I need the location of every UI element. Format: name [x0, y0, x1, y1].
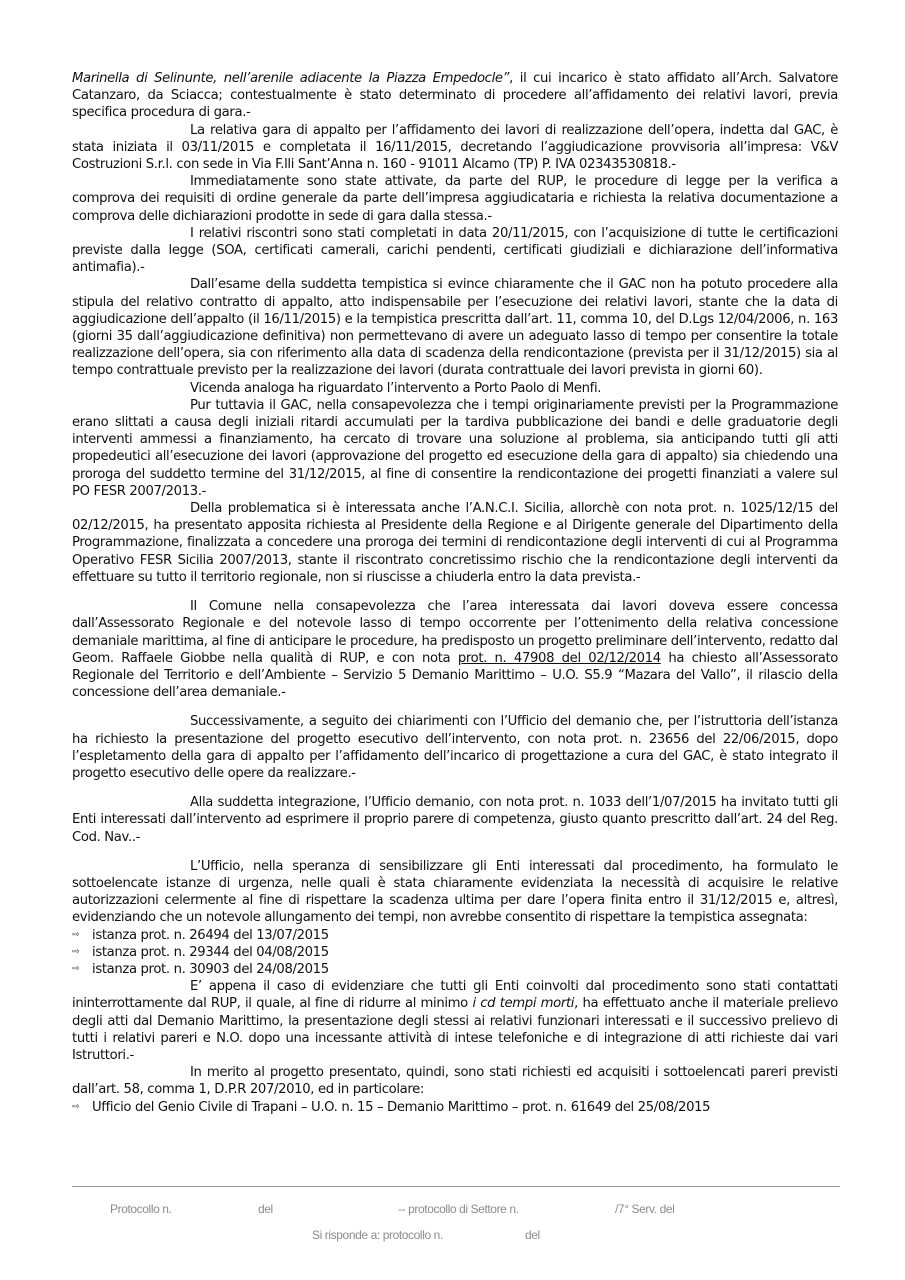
- list-item: ⇨istanza prot. n. 30903 del 24/08/2015: [72, 961, 838, 978]
- arrow-bullet-icon: ⇨: [72, 944, 79, 961]
- list-item-text: Ufficio del Genio Civile di Trapani – U.…: [92, 1100, 710, 1115]
- list-item: ⇨istanza prot. n. 29344 del 04/08/2015: [72, 944, 838, 961]
- paragraph-p2: La relativa gara di appalto per l’affida…: [72, 122, 838, 174]
- footer-protocollo-label: Protocollo n.: [110, 1202, 172, 1216]
- paragraph-p3: Immediatamente sono state attivate, da p…: [72, 173, 838, 225]
- list-item-text: istanza prot. n. 30903 del 24/08/2015: [92, 962, 329, 977]
- paragraph-p11: Alla suddetta integrazione, l’Ufficio de…: [72, 794, 838, 846]
- pareri-list: ⇨Ufficio del Genio Civile di Trapani – U…: [72, 1099, 838, 1116]
- footer-divider: [72, 1186, 840, 1187]
- paragraph-p9: Il Comune nella consapevolezza che l’are…: [72, 598, 838, 701]
- list-item-text: istanza prot. n. 26494 del 13/07/2015: [92, 928, 329, 943]
- paragraph-p6: Vicenda analoga ha riguardato l’interven…: [72, 380, 838, 397]
- underlined-reference: prot. n. 47908 del 02/12/2014: [458, 651, 661, 666]
- paragraph-p14: In merito al progetto presentato, quindi…: [72, 1064, 838, 1098]
- footer-settore-label: -- protocollo di Settore n.: [398, 1202, 519, 1216]
- arrow-bullet-icon: ⇨: [72, 927, 79, 944]
- document-body: Marinella di Selinunte, nell’arenile adi…: [72, 70, 838, 1116]
- paragraph-p7: Pur tuttavia il GAC, nella consapevolezz…: [72, 397, 838, 500]
- paragraph-p8: Della problematica si è interessata anch…: [72, 500, 838, 586]
- list-item-text: istanza prot. n. 29344 del 04/08/2015: [92, 945, 329, 960]
- footer-del-label-2: del: [525, 1228, 540, 1242]
- footer-risponde-label: Si risponde a: protocollo n.: [312, 1228, 443, 1242]
- istanze-list: ⇨istanza prot. n. 26494 del 13/07/2015 ⇨…: [72, 927, 838, 979]
- arrow-bullet-icon: ⇨: [72, 1099, 79, 1116]
- italic-text: Marinella di Selinunte, nell’arenile adi…: [72, 71, 509, 86]
- arrow-bullet-icon: ⇨: [72, 961, 79, 978]
- italic-text: i cd tempi morti: [472, 996, 574, 1011]
- paragraph-p13: E’ appena il caso di evidenziare che tut…: [72, 978, 838, 1064]
- paragraph-p5: Dall’esame della suddetta tempistica si …: [72, 276, 838, 379]
- paragraph-p10: Successivamente, a seguito dei chiarimen…: [72, 713, 838, 782]
- list-item: ⇨istanza prot. n. 26494 del 13/07/2015: [72, 927, 838, 944]
- list-item: ⇨Ufficio del Genio Civile di Trapani – U…: [72, 1099, 838, 1116]
- paragraph-p12: L’Ufficio, nella speranza di sensibilizz…: [72, 858, 838, 927]
- footer-del-label: del: [258, 1202, 273, 1216]
- paragraph-p4: I relativi riscontri sono stati completa…: [72, 225, 838, 277]
- footer-serv-label: /7° Serv. del: [615, 1202, 674, 1216]
- paragraph-p1: Marinella di Selinunte, nell’arenile adi…: [72, 70, 838, 122]
